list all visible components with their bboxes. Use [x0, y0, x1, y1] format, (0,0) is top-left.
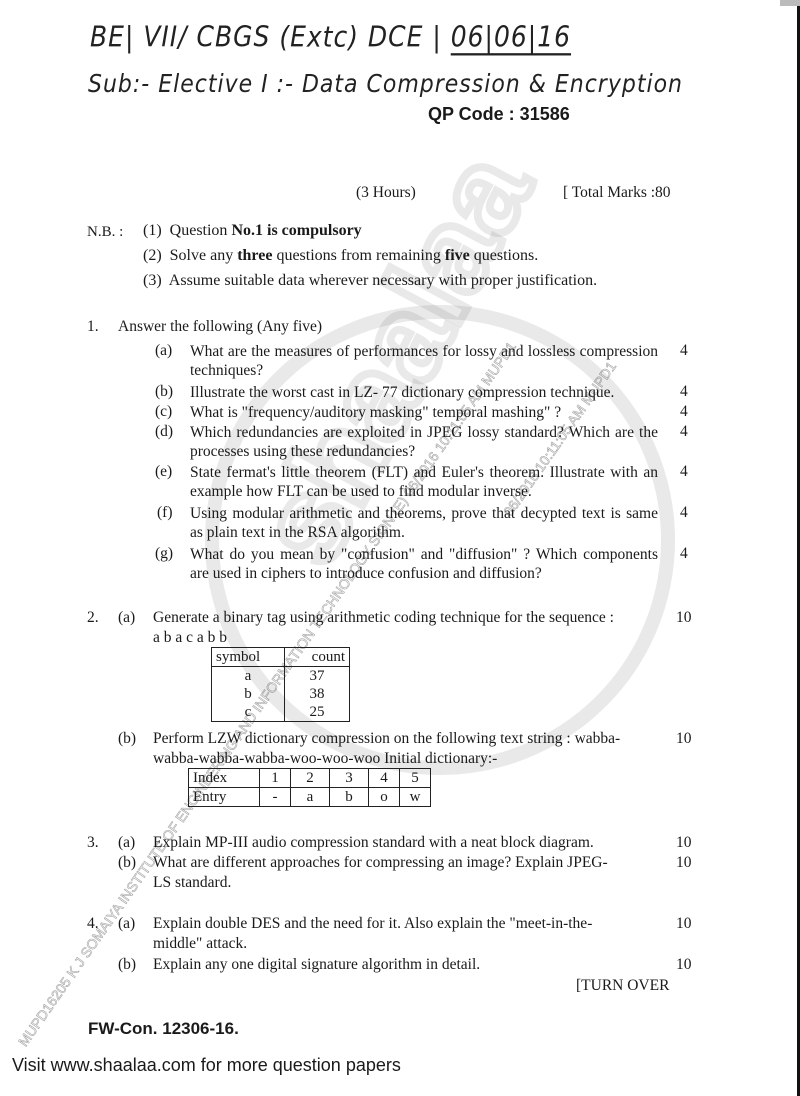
q1g-marks: 4	[680, 545, 688, 563]
table-cell: 2	[291, 769, 330, 788]
instruction-1: (1) Question No.1 is compulsory	[143, 222, 362, 240]
q2b-text: Perform LZW dictionary compression on th…	[153, 730, 620, 748]
q3b-text-cont: LS standard.	[153, 874, 231, 892]
q3b-text: What are different approaches for compre…	[153, 854, 608, 872]
q1d-text: Which redundancies are exploited in JPEG…	[190, 423, 658, 461]
question-4-number: 4.	[87, 915, 99, 933]
table-cell: 3	[330, 769, 369, 788]
table-cell: 5	[400, 769, 431, 788]
lzw-dictionary-table: Index 1 2 3 4 5 Entry - a b o w	[188, 768, 431, 807]
q3b-label: (b)	[118, 854, 136, 872]
q1f-text: Using modular arithmetic and theorems, p…	[190, 504, 658, 542]
table-cell: c	[212, 703, 285, 722]
handwritten-subject: Sub:- Elective I :- Data Compression & E…	[88, 70, 683, 99]
q1b-marks: 4	[680, 383, 688, 401]
instruction-2: (2) Solve any three questions from remai…	[143, 247, 538, 265]
table-cell: b	[330, 788, 369, 807]
q2b-text-cont: wabba-wabba-wabba-woo-woo-woo Initial di…	[153, 750, 497, 768]
q1d-marks: 4	[680, 423, 688, 441]
q2b-label: (b)	[118, 730, 136, 748]
qp-code: QP Code : 31586	[428, 104, 570, 125]
q2a-label: (a)	[118, 609, 135, 627]
q1f-label: (f)	[157, 504, 173, 522]
symbol-count-table: symbol count a 37 b 38 c 25	[211, 647, 350, 722]
table-cell: o	[369, 788, 400, 807]
q1g-label: (g)	[155, 545, 173, 563]
q1a-text: What are the measures of performances fo…	[190, 342, 658, 380]
fw-con-code: FW-Con. 12306-16.	[88, 1019, 239, 1039]
q1d-label: (d)	[155, 423, 173, 441]
instruction-3: (3) Assume suitable data wherever necess…	[143, 272, 597, 290]
q1e-label: (e)	[155, 463, 172, 481]
q4b-marks: 10	[676, 956, 692, 974]
question-3-number: 3.	[87, 834, 99, 852]
handwritten-course-line: BE| VII/ CBGS (Extc) DCE | 06|06|16	[90, 20, 571, 53]
q1c-label: (c)	[155, 403, 172, 421]
q1b-text: Illustrate the worst cast in LZ- 77 dict…	[190, 383, 665, 402]
table-cell: 4	[369, 769, 400, 788]
exam-duration: (3 Hours)	[356, 184, 416, 202]
table-cell: Index	[189, 769, 260, 788]
total-marks: [ Total Marks :80	[563, 184, 671, 202]
nb-label: N.B. :	[87, 224, 123, 241]
visit-website-banner[interactable]: Visit www.shaalaa.com for more question …	[12, 1055, 401, 1076]
q4b-text: Explain any one digital signature algori…	[153, 956, 480, 974]
q1c-marks: 4	[680, 403, 688, 421]
table-cell: a	[212, 667, 285, 686]
q3a-label: (a)	[118, 834, 135, 852]
table-cell: -	[260, 788, 291, 807]
scan-edge-top	[780, 0, 800, 6]
table-cell: Entry	[189, 788, 260, 807]
q1b-label: (b)	[155, 383, 173, 401]
table-cell: a	[291, 788, 330, 807]
turn-over-note: [TURN OVER	[576, 977, 669, 995]
q1e-text: State fermat's little theorem (FLT) and …	[190, 463, 658, 501]
q4a-text: Explain double DES and the need for it. …	[153, 915, 592, 933]
q4b-label: (b)	[118, 956, 136, 974]
q2a-sequence: a b a c a b b	[153, 629, 227, 647]
question-2-number: 2.	[87, 609, 99, 627]
course-code: BE| VII/ CBGS (Extc) DCE |	[90, 20, 442, 53]
q1a-label: (a)	[155, 342, 172, 360]
q1f-marks: 4	[680, 504, 688, 522]
q2b-marks: 10	[676, 730, 692, 748]
table-cell: 37	[285, 667, 350, 686]
q1a-marks: 4	[680, 342, 688, 360]
table-cell: 1	[260, 769, 291, 788]
q2a-marks: 10	[676, 609, 692, 627]
table-cell: 38	[285, 685, 350, 703]
q3a-marks: 10	[676, 834, 692, 852]
question-1-title: Answer the following (Any five)	[118, 318, 322, 336]
exam-date: 06|06|16	[451, 20, 571, 53]
table-cell: 25	[285, 703, 350, 722]
q3a-text: Explain MP-III audio compression standar…	[153, 834, 594, 852]
q1c-text: What is "frequency/auditory masking" tem…	[190, 403, 665, 422]
question-1-number: 1.	[87, 318, 99, 336]
q4a-label: (a)	[118, 915, 135, 933]
table-header: symbol	[212, 648, 285, 667]
q1g-text: What do you mean by "confusion" and "dif…	[190, 545, 658, 583]
q4a-text-cont: middle" attack.	[153, 935, 247, 953]
table-cell: w	[400, 788, 431, 807]
q3b-marks: 10	[676, 854, 692, 872]
q1e-marks: 4	[680, 463, 688, 481]
table-header: count	[285, 648, 350, 667]
q2a-text: Generate a binary tag using arithmetic c…	[153, 609, 614, 627]
table-cell: b	[212, 685, 285, 703]
q4a-marks: 10	[676, 915, 692, 933]
